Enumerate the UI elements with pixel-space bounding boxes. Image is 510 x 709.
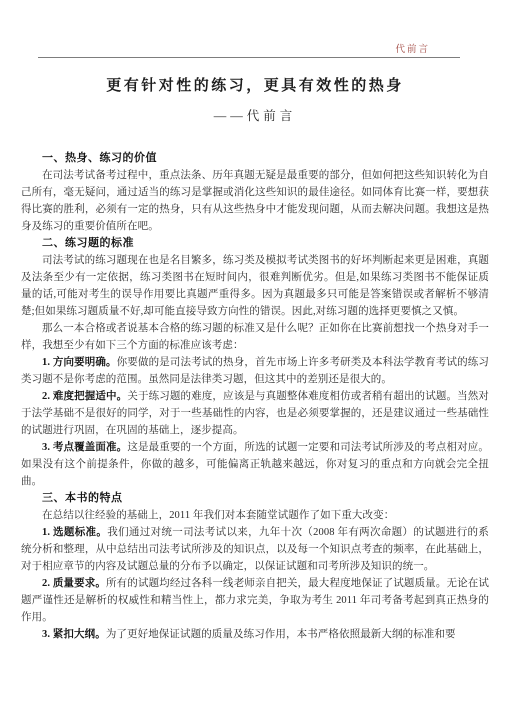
paragraph-text: 司法考试的练习题现在也是名目繁多，练习类及模拟考试类图书的好坏判断起来更是困难，… xyxy=(21,255,489,317)
section: 三、本书的特点 在总结以往经验的基础上，2011 年我们对本套随堂试题作了如下重… xyxy=(21,490,489,643)
paragraph: 2. 质量要求。所有的试题均经过各科一线老师亲自把关，最大程度地保证了试题质量。… xyxy=(21,575,489,626)
paragraph: 1. 方向要明确。你要做的是司法考试的热身，首先市场上许多考研类及本科法学教育考… xyxy=(21,354,489,388)
section-heading: 三、本书的特点 xyxy=(21,490,489,507)
paragraph: 2. 难度把握适中。关于练习题的难度，应该是与真题整体难度相仿或者稍有超出的试题… xyxy=(21,388,489,439)
paragraph-lead: 3. 考点覆盖面准。 xyxy=(42,442,127,453)
header-rule xyxy=(38,57,460,58)
paragraph: 3. 紧扣大纲。为了更好地保证试题的质量及练习作用，本书严格依照最新大纲的标准和… xyxy=(21,626,489,643)
document-body: 一、热身、练习的价值 在司法考试备考过程中，重点法条、历年真题无疑是最重要的部分… xyxy=(21,150,489,643)
section-heading: 二、练习题的标准 xyxy=(21,235,489,252)
paragraph: 那么一本合格或者说基本合格的练习题的标准又是什么呢？正如你在比赛前想找一个热身对… xyxy=(21,320,489,354)
paragraph-lead: 2. 质量要求。 xyxy=(42,578,106,589)
paragraph-lead: 1. 方向要明确。 xyxy=(42,357,117,368)
paragraph-text: 为了更好地保证试题的质量及练习作用，本书严格依照最新大纲的标准和要 xyxy=(106,629,456,640)
paragraph: 3. 考点覆盖面准。这是最重要的一个方面，所选的试题一定要和司法考试所涉及的考点… xyxy=(21,439,489,490)
paragraph: 1. 选题标准。我们通过对统一司法考试以来，九年十次（2008 年有两次命题）的… xyxy=(21,524,489,575)
paragraph-lead: 1. 选题标准。 xyxy=(42,527,107,538)
paragraph-text: 在总结以往经验的基础上，2011 年我们对本套随堂试题作了如下重大改变： xyxy=(42,510,394,521)
page-subtitle: ——代前言 xyxy=(0,106,510,124)
section: 一、热身、练习的价值 在司法考试备考过程中，重点法条、历年真题无疑是最重要的部分… xyxy=(21,150,489,235)
paragraph: 在总结以往经验的基础上，2011 年我们对本套随堂试题作了如下重大改变： xyxy=(21,507,489,524)
paragraph-lead: 3. 紧扣大纲。 xyxy=(42,629,106,640)
document-page: 代前言 更有针对性的练习，更具有效性的热身 ——代前言 一、热身、练习的价值 在… xyxy=(0,0,510,709)
section: 二、练习题的标准 司法考试的练习题现在也是名目繁多，练习类及模拟考试类图书的好坏… xyxy=(21,235,489,490)
paragraph-text: 那么一本合格或者说基本合格的练习题的标准又是什么呢？正如你在比赛前想找一个热身对… xyxy=(21,323,489,351)
running-header: 代前言 xyxy=(395,41,430,55)
section-heading: 一、热身、练习的价值 xyxy=(21,150,489,167)
paragraph: 在司法考试备考过程中，重点法条、历年真题无疑是最重要的部分，但如何把这些知识转化… xyxy=(21,167,489,235)
page-title: 更有针对性的练习，更具有效性的热身 xyxy=(0,74,510,95)
paragraph: 司法考试的练习题现在也是名目繁多，练习类及模拟考试类图书的好坏判断起来更是困难，… xyxy=(21,252,489,320)
paragraph-text: 在司法考试备考过程中，重点法条、历年真题无疑是最重要的部分，但如何把这些知识转化… xyxy=(21,170,489,232)
paragraph-lead: 2. 难度把握适中。 xyxy=(42,391,127,402)
